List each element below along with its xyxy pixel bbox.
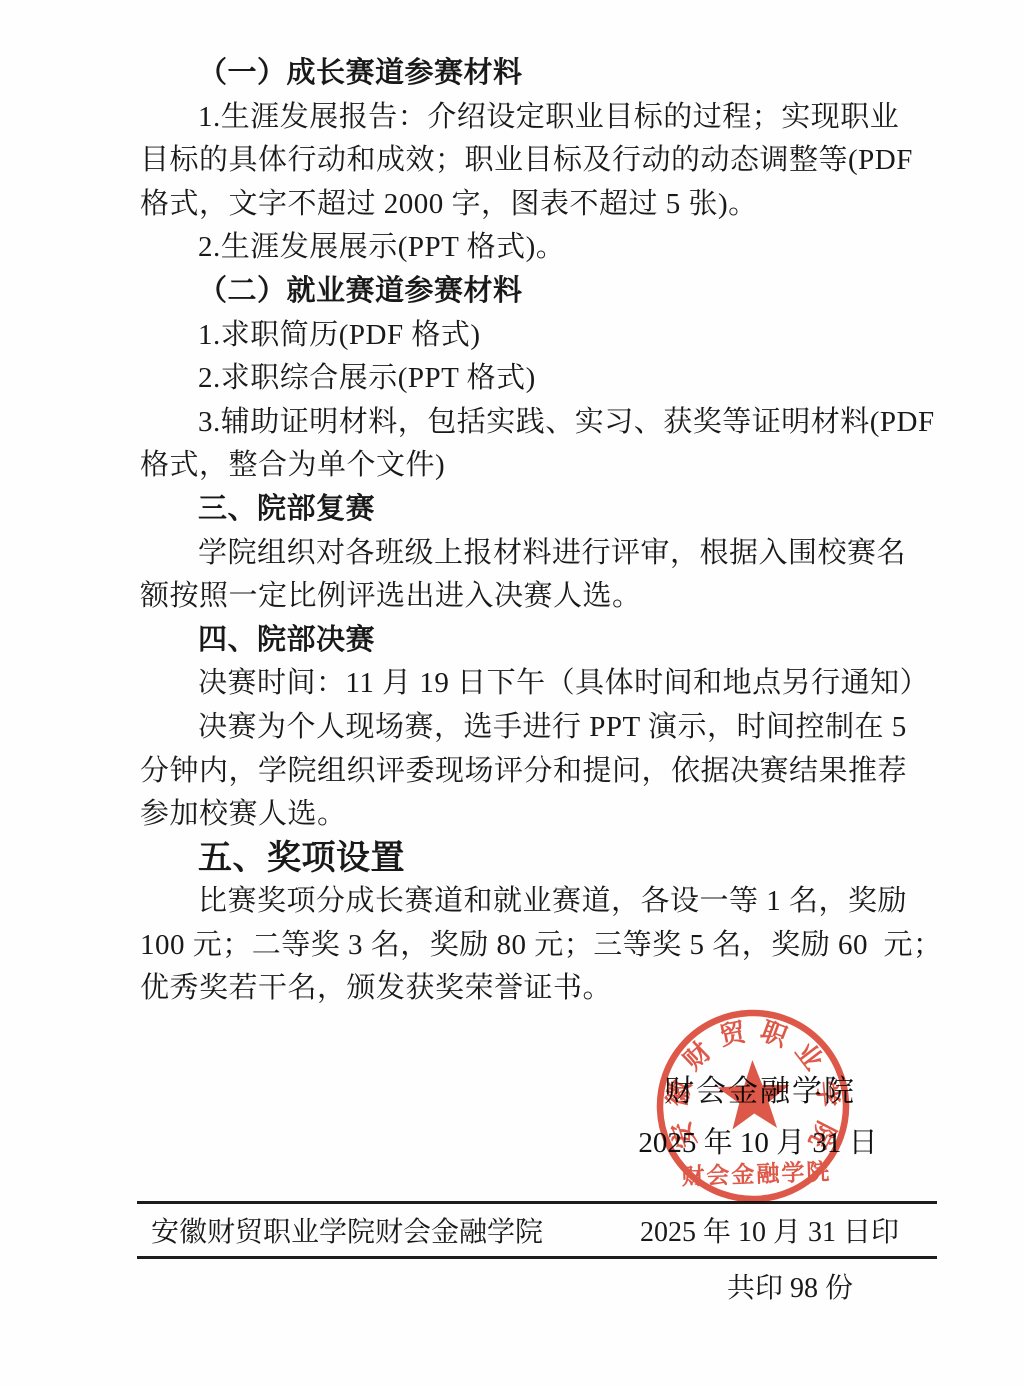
footer-issuer: 安徽财贸职业学院财会金融学院 xyxy=(137,1210,543,1250)
doc-line: 目标的具体行动和成效；职业目标及行动的动态调整等(PDF xyxy=(140,139,888,183)
doc-line: 额按照一定比例评选出进入决赛人选。 xyxy=(140,575,888,619)
subheading-employment-track-materials: （二）就业赛道参赛材料 xyxy=(140,270,888,314)
doc-line: 2.求职综合展示(PPT 格式) xyxy=(140,357,888,401)
doc-line: 分钟内，学院组织评委现场评分和提问，依据决赛结果推荐 xyxy=(140,750,888,794)
footer-colophon: 安徽财贸职业学院财会金融学院 2025 年 10 月 31 日印 xyxy=(137,1210,937,1250)
official-seal: 安徽财贸职业学院 财会金融学院 xyxy=(650,1003,857,1210)
footer-print-date: 2025 年 10 月 31 日印 xyxy=(640,1210,937,1250)
document-page: （一）成长赛道参赛材料 1.生涯发展报告：介绍设定职业目标的过程；实现职业 目标… xyxy=(0,0,1024,1386)
doc-line: 决赛时间：11 月 19 日下午（具体时间和地点另行通知） xyxy=(140,662,888,706)
doc-line: 格式，文字不超过 2000 字，图表不超过 5 张)。 xyxy=(140,183,888,227)
doc-line: 参加校赛人选。 xyxy=(140,793,888,837)
section-heading-awards: 五、奖项设置 xyxy=(140,837,888,881)
subheading-growth-track-materials: （一）成长赛道参赛材料 xyxy=(140,52,888,96)
document-body: （一）成长赛道参赛材料 1.生涯发展报告：介绍设定职业目标的过程；实现职业 目标… xyxy=(140,52,888,1011)
footer-rule-bottom xyxy=(137,1256,937,1259)
section-heading-college-final: 四、院部决赛 xyxy=(140,619,888,663)
doc-line: 1.生涯发展报告：介绍设定职业目标的过程；实现职业 xyxy=(140,96,888,140)
doc-line: 比赛奖项分成长赛道和就业赛道，各设一等 1 名，奖励 xyxy=(140,880,888,924)
doc-line: 1.求职简历(PDF 格式) xyxy=(140,314,888,358)
section-heading-college-semifinal: 三、院部复赛 xyxy=(140,488,888,532)
doc-line: 2.生涯发展展示(PPT 格式)。 xyxy=(140,226,888,270)
seal-bottom-text: 财会金融学院 xyxy=(681,1158,832,1189)
doc-line: 决赛为个人现场赛，选手进行 PPT 演示，时间控制在 5 xyxy=(140,706,888,750)
doc-line: 100 元；二等奖 3 名，奖励 80 元；三等奖 5 名，奖励 60 元； xyxy=(140,924,888,968)
doc-line: 3.辅助证明材料，包括实践、实习、获奖等证明材料(PDF xyxy=(140,401,888,445)
footer-copies-count: 共印 98 份 xyxy=(137,1266,853,1306)
doc-line: 格式，整合为单个文件) xyxy=(140,444,888,488)
star-icon xyxy=(716,1059,791,1130)
doc-line: 学院组织对各班级上报材料进行评审，根据入围校赛名 xyxy=(140,532,888,576)
